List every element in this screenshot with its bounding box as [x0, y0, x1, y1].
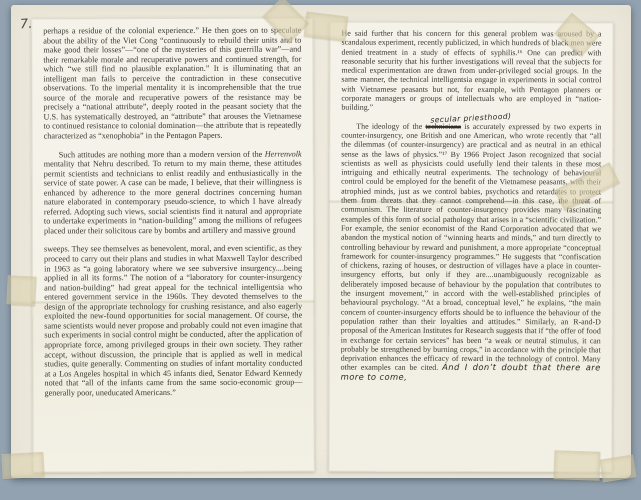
left-column-clipping: perhaps a residue of the colonial experi…: [31, 18, 315, 473]
scrapbook-page: 7. perhaps a residue of the colonial exp…: [11, 5, 631, 478]
text-segment: Herrenvolk: [265, 149, 302, 158]
text-segment: is accurately expressed by two experts i…: [341, 122, 602, 373]
tape-piece: [304, 12, 349, 42]
text-segment: mentality that Nehru described. To retur…: [44, 159, 302, 236]
tape-piece: [6, 275, 36, 305]
right-paragraph-2: The ideology of the technicianssecular p…: [341, 121, 602, 382]
text-segment: Such attitudes are nothing more than a m…: [59, 149, 265, 159]
right-column-clipping: He said further that his concern for thi…: [328, 22, 613, 473]
strikethrough-word: technicianssecular priesthood): [425, 122, 461, 131]
tape-piece: [554, 450, 601, 481]
left-paragraph-2: Such attitudes are nothing more than a m…: [44, 149, 302, 236]
scan-background: { "annotations": { "page_number": "7." }…: [0, 0, 641, 500]
left-paragraph-3: sweeps. They see themselves as benevolen…: [44, 244, 303, 398]
right-paragraph-1: He said further that his concern for thi…: [341, 29, 601, 113]
tape-piece: [599, 454, 636, 482]
tape-piece: [1, 452, 44, 479]
left-paragraph-1: perhaps a residue of the colonial experi…: [43, 26, 301, 141]
